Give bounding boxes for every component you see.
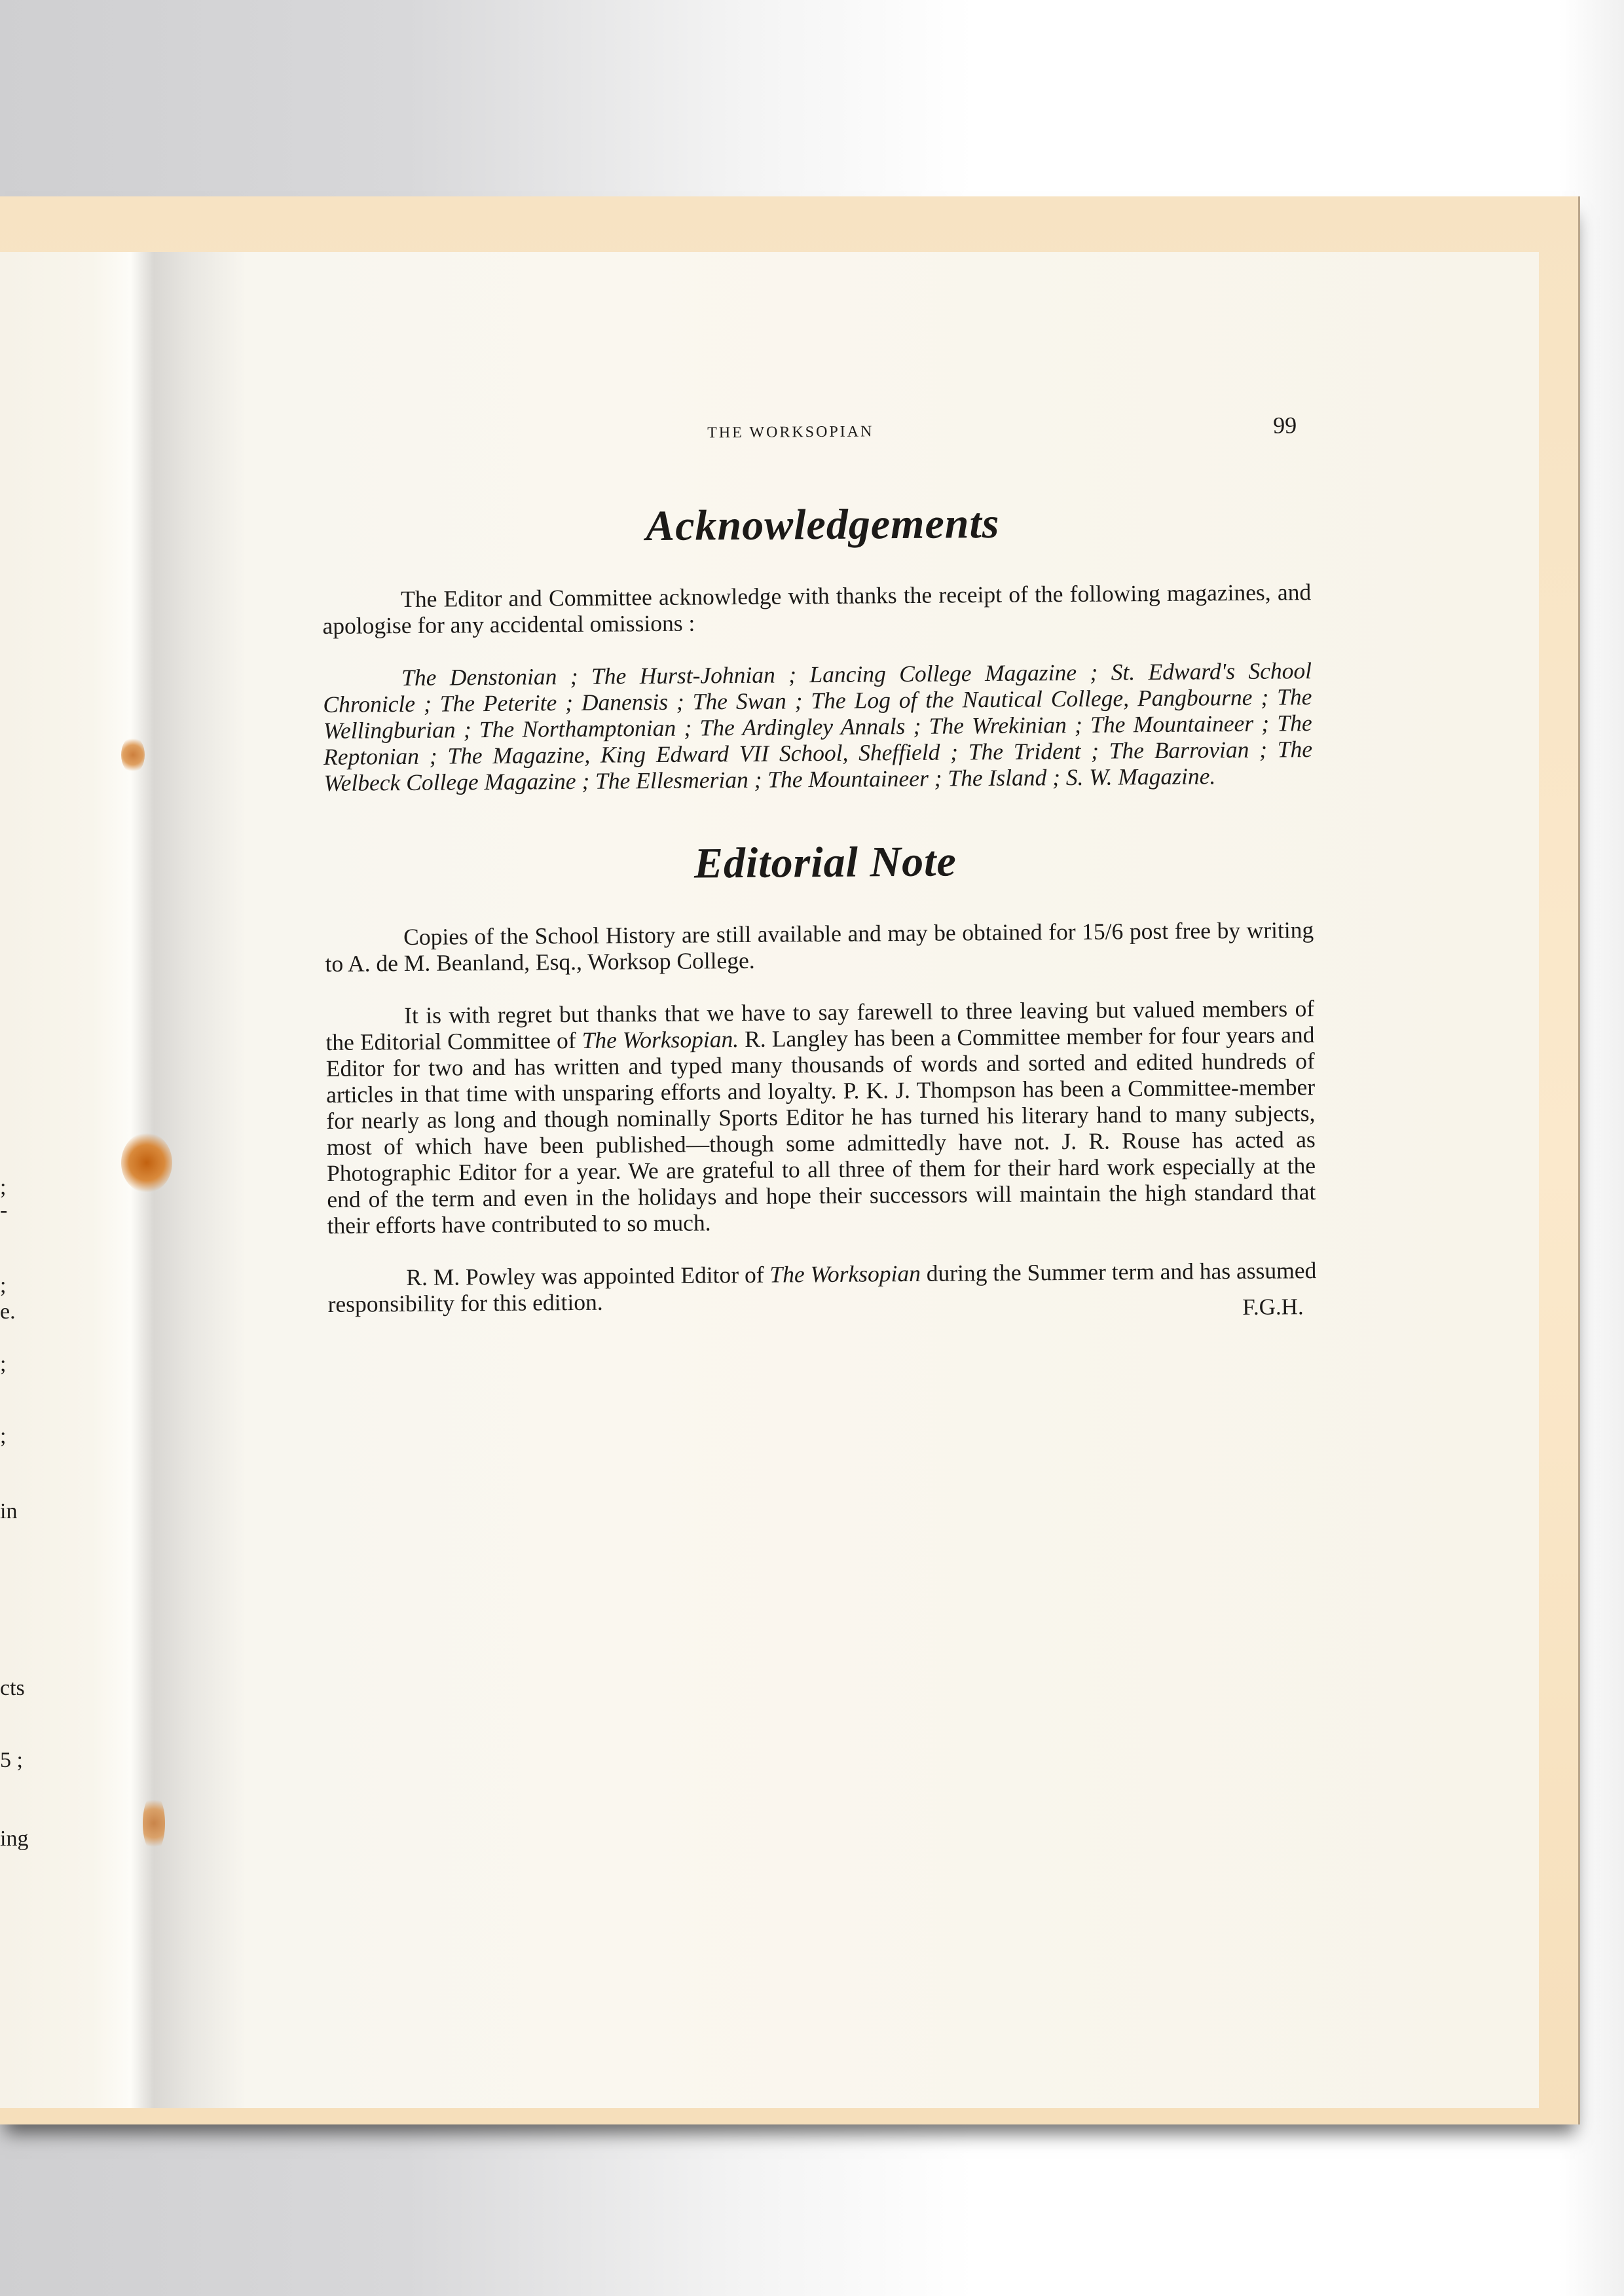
left-page-text-fragment: cts bbox=[0, 1676, 25, 1701]
page-content: THE WORKSOPIAN 99 Acknowledgements The E… bbox=[321, 411, 1317, 1328]
editorial-note-section: Editorial Note Copies of the School Hist… bbox=[324, 834, 1317, 1328]
left-page-text-fragment: in bbox=[0, 1499, 17, 1524]
left-page-text-fragment: - bbox=[0, 1198, 7, 1223]
left-page-text-fragment: ; bbox=[0, 1352, 6, 1377]
publication-title: The Worksopian bbox=[769, 1260, 921, 1288]
magazine-list: The Denstonian ; The Hurst-Johnian ; Lan… bbox=[323, 657, 1313, 796]
paragraph-text: R. M. Powley was appointed Editor of bbox=[406, 1262, 769, 1290]
editorial-paragraph: It is with regret but thanks that we hav… bbox=[325, 995, 1316, 1239]
left-page-text-fragment: ; bbox=[0, 1175, 6, 1200]
left-page-text-fragment: 5 ; bbox=[0, 1748, 23, 1773]
left-page-text-fragment: ; bbox=[0, 1273, 6, 1298]
left-page-text-fragment: ; bbox=[0, 1424, 6, 1449]
section-heading-editorial-note: Editorial Note bbox=[337, 834, 1314, 892]
section-heading-acknowledgements: Acknowledgements bbox=[335, 496, 1311, 554]
running-title: THE WORKSOPIAN bbox=[707, 423, 874, 442]
rust-stain bbox=[121, 1133, 172, 1193]
left-page-text-fragment: e. bbox=[0, 1300, 16, 1324]
publication-title: The Worksopian. bbox=[581, 1026, 739, 1053]
acknowledgements-section: Acknowledgements The Editor and Committe… bbox=[322, 496, 1312, 796]
acknowledgements-intro: The Editor and Committee acknowledge wit… bbox=[322, 579, 1312, 639]
rust-stain bbox=[121, 737, 145, 773]
paragraph-text: R. Langley has been a Committee member f… bbox=[326, 1021, 1316, 1239]
rust-stain bbox=[143, 1794, 165, 1853]
left-page-text-fragment: ing bbox=[0, 1827, 28, 1851]
running-header: THE WORKSOPIAN 99 bbox=[321, 411, 1310, 458]
page-number: 99 bbox=[1273, 411, 1297, 439]
editorial-paragraph: Copies of the School History are still a… bbox=[325, 917, 1314, 977]
